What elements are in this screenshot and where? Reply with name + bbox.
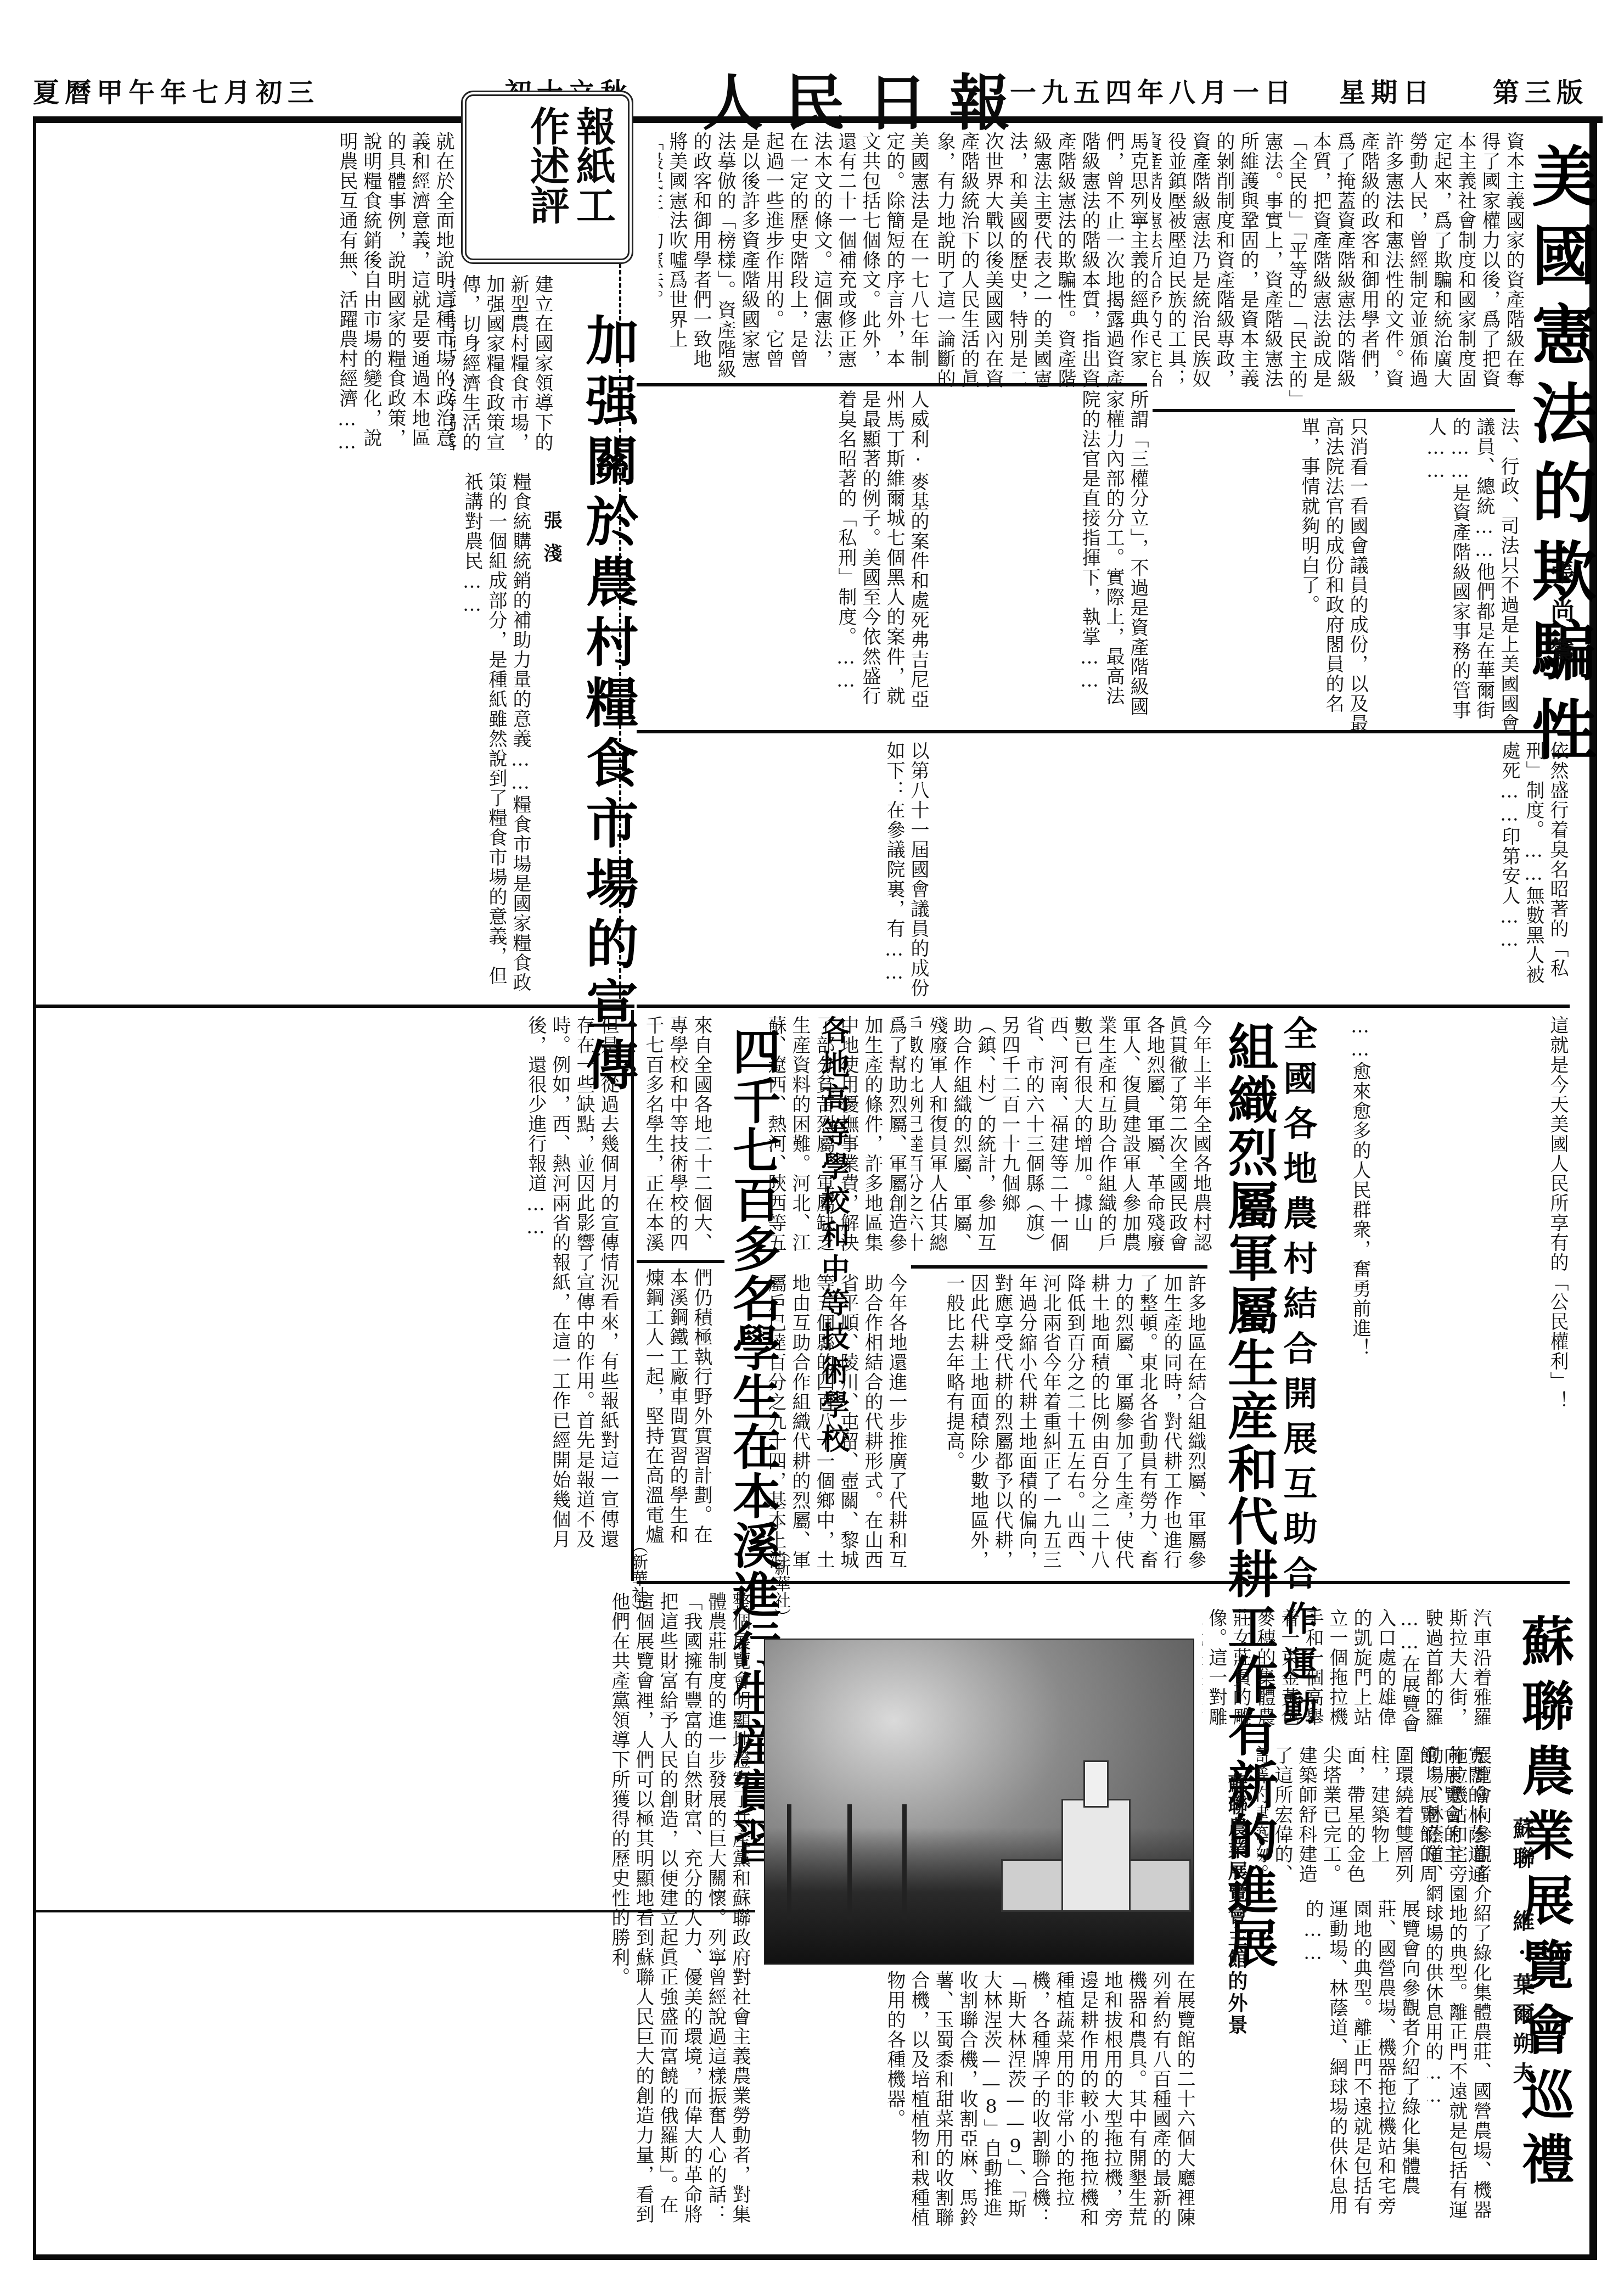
soviet-exhibition-para1: ……在展覽會入口處的雄偉的凱旋門上站立一個拖拉機手和一個高舉着一束金黃色麥穗的集… bbox=[1202, 1608, 1421, 1737]
newspaper-work-intro: 建立在國家領導下的新型農村糧食市場，加强國家糧食政策宣傳，切身經濟生活的重要措施… bbox=[450, 274, 554, 456]
us-constitution-col-b1: 法、行政、司法只不過是上美國國會議員、總統……他們都是在華爾街的……是資產階級國… bbox=[1372, 417, 1520, 736]
newspaper-work-body2: 但是，從過去幾個月的宣傳情況看來，有些報紙對這一宣傳還存在一些缺點，並因此影響了… bbox=[38, 1016, 620, 1564]
soviet-exhibition-para3: 展覽會向參觀者介紹了綠化集體農莊、國營農場、機器拖拉機站和宅旁園地的典型。離正門… bbox=[1427, 1746, 1493, 2234]
us-constitution-col-b3: 以第八十一屆國會議員的成份如下：在參議院裏，有…… bbox=[642, 741, 930, 999]
us-constitution-col-b4: 所謂「三權分立」，不過是資產階級國家權力內部的分工。實際上，最高法院的法官是直接… bbox=[933, 390, 1150, 719]
us-constitution-col-b5: 人威利·麥基的案件和處死弗吉尼亞州馬丁斯維爾城七個黑人的案件，就是最顯著的例子。… bbox=[653, 390, 930, 719]
headline-newspaper-work: 加强關於農村糧食市場的宣傳 bbox=[571, 313, 646, 983]
us-constitution-col-c1: 依然盛行着臭名昭著的「私刑」制度。……無數黑人被處死……印第安人…… bbox=[933, 741, 1570, 999]
martyr-families-para1: 各地烈屬、軍屬、革命殘廢軍人、復員建設軍人參加農業生產和互助合作組織的戶數已有很… bbox=[911, 1016, 1166, 1257]
martyr-families-lead: 今年上半年全國各地農村認眞貫徹了第二次全國民政會議決議中關於優撫工作的方針，在結… bbox=[1169, 1016, 1213, 1263]
photo-lamp-post bbox=[787, 1804, 791, 1920]
badge-text: 報紙工作述評 bbox=[479, 106, 616, 249]
headline-students: 四千七百多名學生在本溪進行生産實習 bbox=[719, 1026, 788, 1575]
photo-main-pavilion bbox=[1061, 1799, 1131, 1912]
soviet-exhibition-para5: 整個展覽會明顯地證實了共產黨和蘇聯政府對社會主義農業勞動者，對集體農莊制度的進一… bbox=[38, 1592, 752, 2234]
students-body: 來自全國各地二十二個大、專學校和中等技術學校的四千七百多名學生，正在本溪鋼鐵公司… bbox=[642, 1016, 713, 1257]
masthead: 夏曆甲午年七月初三 初十立秋 人民日報 一九五四年八月一日 星期日 第三版 bbox=[33, 55, 1603, 110]
headline-martyr-families: 組織烈屬軍屬生産和代耕工作有新的進展 bbox=[1213, 1021, 1285, 1603]
students-body2: 們仍積極執行野外實習計劃。在本溪鋼鐵工廠車間實習的學生和煉鋼工人一起，堅持在高溫… bbox=[642, 1268, 713, 1553]
us-constitution-col-b2: 只消看一看國會議員的成份，以及最高法院法官的成份和政府閣員的名單，事情就夠明白了… bbox=[1153, 417, 1369, 736]
divider bbox=[637, 730, 1570, 733]
issue-date: 一九五四年八月一日 bbox=[1010, 71, 1296, 109]
byline-soviet-exhibition: 蘇聯 維·葉爾朔夫 bbox=[1507, 1817, 1538, 2091]
us-constitution-para3: 美國憲法是在一七八七年制定的。除簡短的序言外，本文共包括七個條文。此外，還有二十… bbox=[659, 132, 930, 381]
us-constitution-col-c3: ……愈來愈多的人民群衆，奮勇前進！ bbox=[1328, 1016, 1372, 1581]
kicker-students: 各地高等學校和中等技術學校 bbox=[812, 1016, 853, 1356]
lunar-date: 夏曆甲午年七月初三 bbox=[33, 71, 319, 109]
divider bbox=[637, 1260, 724, 1263]
soviet-exhibition-lead: 汽車沿着雅羅斯拉夫大街，駛過首都的羅斯托金區。遠處，在濃密的菩提樹梢上出現了許多… bbox=[1427, 1608, 1493, 1737]
newspaper-work-body3: 糧食統購統銷的補助力量的意義……糧食市場是國家糧食政策的一個組成部分，是種紙雖然… bbox=[38, 472, 532, 994]
newspaper-work-body4: 就在於全面地說明這種市場的政治意義和經濟意義，這就是要通過本地區的具體事例，說明… bbox=[38, 132, 456, 461]
divider bbox=[637, 1005, 1570, 1008]
martyr-families-para3: 許多地區在結合組織烈屬、軍屬參加生產的同時，對代耕工作也進行了整頓。東北各省動員… bbox=[911, 1273, 1207, 1575]
photo-pavilion-spire bbox=[1083, 1760, 1109, 1808]
exhibition-photo bbox=[764, 1639, 1194, 1965]
photo-lamp-post bbox=[847, 1804, 852, 1920]
byline-newspaper-work: 張淺 bbox=[538, 510, 565, 576]
column-badge-newspaper-work: 報紙工作述評 bbox=[461, 91, 633, 264]
weekday: 星期日 bbox=[1339, 71, 1435, 109]
divider bbox=[911, 1265, 1207, 1269]
soviet-exhibition-para4-cont: 展覽會向參觀者介紹了綠化集體農莊、國營農場、機器拖拉機站和宅旁園地的典型。離正門… bbox=[1202, 1899, 1421, 2234]
divider bbox=[36, 1910, 755, 1912]
headline-us-constitution: 美國憲法的欺騙性 bbox=[1512, 143, 1605, 527]
divider bbox=[637, 383, 1147, 386]
page-label: 第三版 bbox=[1493, 71, 1588, 109]
us-constitution-col-c2: 這就是今天美國人民所享有的「公民權利」！ bbox=[1372, 1016, 1570, 1581]
photo-lamp-post bbox=[902, 1804, 907, 1920]
divider bbox=[631, 1010, 634, 1581]
us-constitution-lead: 資本主義國家的資產階級在奪得了國家權力以後，爲了把資本主義社會制度和國家制度固定… bbox=[1153, 132, 1526, 406]
soviet-exhibition-para4: 在展覽館的二十六個大廳裡陳列着約有八百種國產的最新的機器和農具。其中有開墾生荒地… bbox=[763, 1971, 1196, 2234]
us-constitution-para2: 馬克思列寧主義的經典作家們，曾不止一次地揭露過資產階級憲法的階級本質，指出資產階… bbox=[933, 132, 1150, 406]
divider bbox=[36, 1005, 634, 1008]
divider bbox=[1153, 409, 1515, 412]
byline-us-constitution: 張尚鷟 bbox=[1542, 560, 1577, 675]
